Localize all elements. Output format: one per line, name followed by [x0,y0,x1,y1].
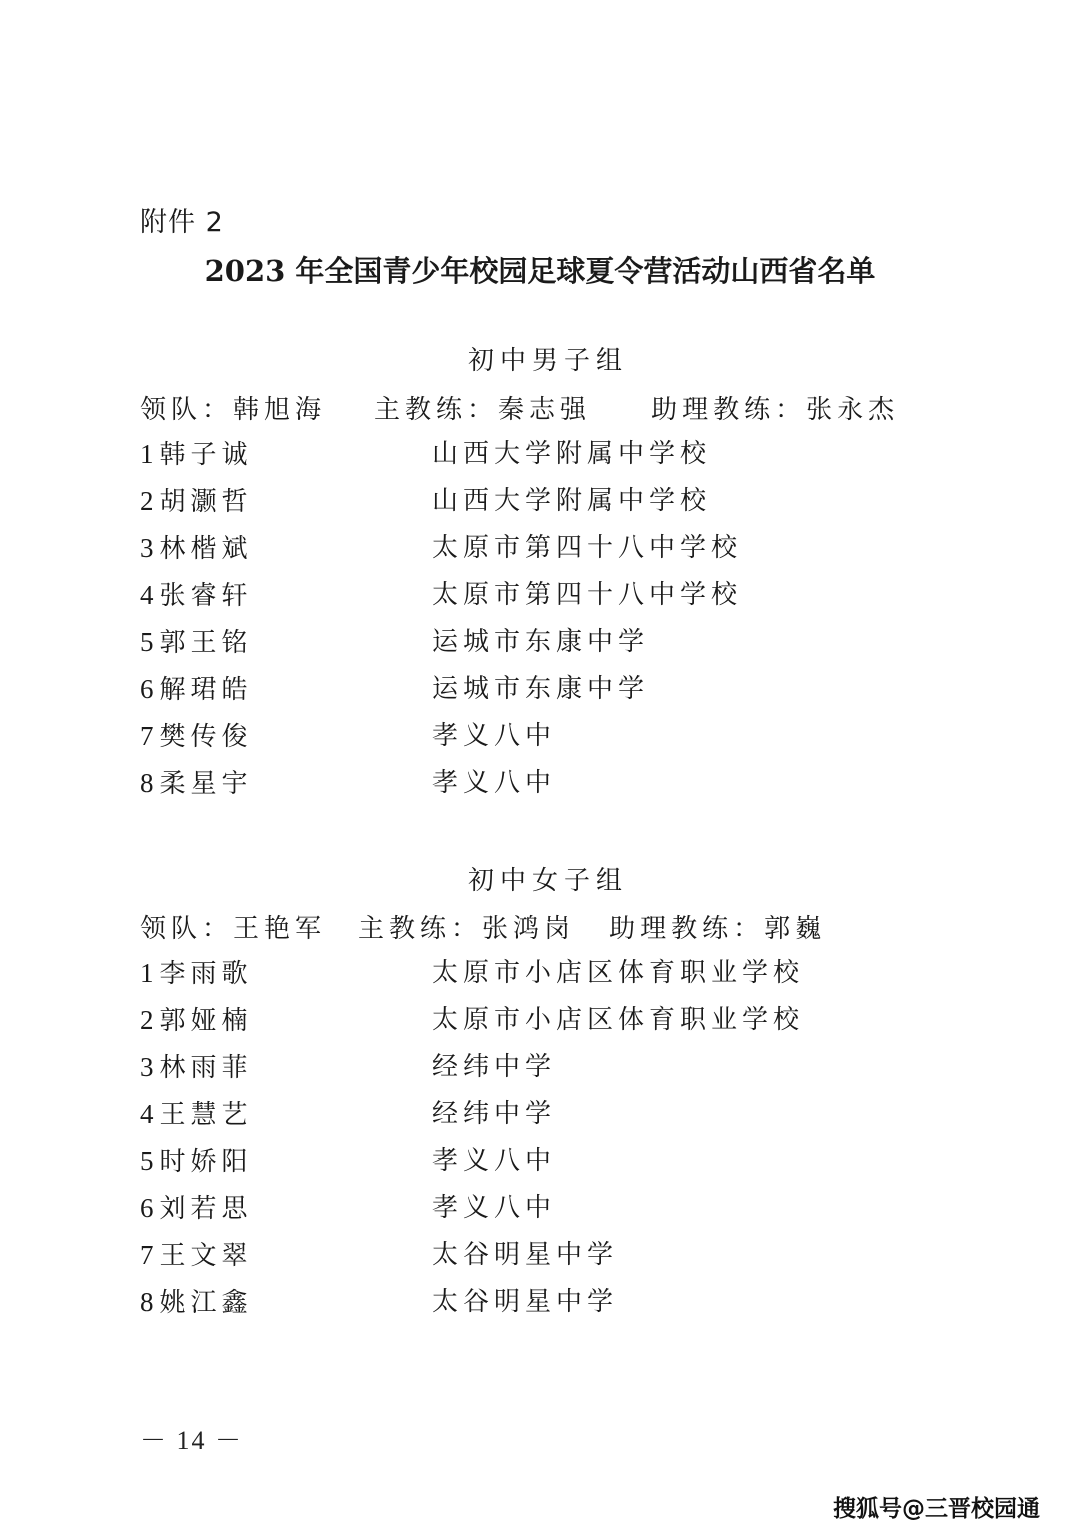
player-number: 4 [140,578,154,612]
player-school: 运城市东康中学 [432,625,649,659]
group-heading: 初中男子组 [0,340,1080,377]
leader: 领队：王艳军 [140,908,326,945]
player-row: 7王文翠 太谷明星中学 [140,1238,253,1272]
player-name: 王慧艺 [160,1098,253,1132]
player-row: 3林雨菲 经纬中学 [140,1050,253,1084]
player-school: 运城市东康中学 [432,672,649,706]
player-number: 6 [140,672,154,706]
player-row: 2郭娅楠 太原市小店区体育职业学校 [140,1003,253,1037]
head-coach-name: 张鸿岗 [482,908,575,945]
staff-line: 领队：韩旭海 主教练：秦志强 助理教练：张永杰 [140,389,899,426]
player-row: 5郭王铭 运城市东康中学 [140,625,253,659]
player-number: 1 [140,956,154,990]
head-coach: 主教练：张鸿岗 [358,908,575,945]
player-name: 郭王铭 [160,626,253,660]
player-number: 3 [140,1050,154,1084]
leader-name: 韩旭海 [233,389,326,426]
player-row: 6解珺皓 运城市东康中学 [140,672,253,706]
player-number: 4 [140,1097,154,1131]
player-school: 经纬中学 [432,1097,556,1131]
player-name: 刘若思 [160,1192,253,1226]
player-row: 4张睿轩 太原市第四十八中学校 [140,578,253,612]
player-number: 2 [140,1003,154,1037]
player-school: 太原市第四十八中学校 [432,531,742,565]
player-row: 1韩子诚 山西大学附属中学校 [140,437,253,471]
player-number: 6 [140,1191,154,1225]
player-number: 7 [140,719,154,753]
player-name: 姚江鑫 [160,1286,253,1320]
head-coach-label: 主教练： [358,908,482,945]
attachment-label: 附件 2 [140,200,224,239]
player-number: 8 [140,1285,154,1319]
player-name: 韩子诚 [160,438,253,472]
player-number: 7 [140,1238,154,1272]
player-number: 8 [140,766,154,800]
player-school: 孝义八中 [432,1144,556,1178]
player-school: 孝义八中 [432,766,556,800]
player-row: 2胡灏哲 山西大学附属中学校 [140,484,253,518]
group-heading: 初中女子组 [0,860,1080,897]
page-number: － 14 － [140,1420,243,1457]
player-number: 1 [140,437,154,471]
player-row: 3林楷斌 太原市第四十八中学校 [140,531,253,565]
player-name: 李雨歌 [160,957,253,991]
player-name: 解珺皓 [160,673,253,707]
assistant-coach-name: 张永杰 [806,389,899,426]
assistant-coach-label: 助理教练： [651,389,806,426]
player-name: 樊传俊 [160,720,253,754]
leader-label: 领队： [140,389,233,426]
player-row: 4王慧艺 经纬中学 [140,1097,253,1131]
assistant-coach: 助理教练：张永杰 [651,389,899,426]
leader: 领队：韩旭海 [140,389,326,426]
player-row: 8柔星宇 孝义八中 [140,766,253,800]
player-name: 时娇阳 [160,1145,253,1179]
assistant-coach: 助理教练：郭巍 [609,908,826,945]
player-school: 太原市第四十八中学校 [432,578,742,612]
player-name: 林雨菲 [160,1051,253,1085]
player-row: 5时娇阳 孝义八中 [140,1144,253,1178]
head-coach: 主教练：秦志强 [374,389,591,426]
player-row: 6刘若思 孝义八中 [140,1191,253,1225]
head-coach-name: 秦志强 [498,389,591,426]
player-school: 经纬中学 [432,1050,556,1084]
player-school: 山西大学附属中学校 [432,484,711,518]
player-school: 孝义八中 [432,1191,556,1225]
player-school: 太谷明星中学 [432,1238,618,1272]
player-school: 太原市小店区体育职业学校 [432,1003,804,1037]
document-title: 2023 年全国青少年校园足球夏令营活动山西省名单 [0,249,1080,290]
player-school: 孝义八中 [432,719,556,753]
player-school: 山西大学附属中学校 [432,437,711,471]
player-number: 2 [140,484,154,518]
player-name: 王文翠 [160,1239,253,1273]
leader-label: 领队： [140,908,233,945]
player-name: 林楷斌 [160,532,253,566]
leader-name: 王艳军 [233,908,326,945]
staff-line: 领队：王艳军 主教练：张鸿岗 助理教练：郭巍 [140,908,826,945]
watermark: 搜狐号@三晋校园通 [833,1490,1040,1523]
player-row: 8姚江鑫 太谷明星中学 [140,1285,253,1319]
assistant-coach-label: 助理教练： [609,908,764,945]
player-row: 7樊传俊 孝义八中 [140,719,253,753]
assistant-coach-name: 郭巍 [764,908,826,945]
player-name: 胡灏哲 [160,485,253,519]
player-number: 3 [140,531,154,565]
head-coach-label: 主教练： [374,389,498,426]
player-number: 5 [140,1144,154,1178]
player-row: 1李雨歌 太原市小店区体育职业学校 [140,956,253,990]
player-name: 柔星宇 [160,767,253,801]
player-school: 太原市小店区体育职业学校 [432,956,804,990]
player-school: 太谷明星中学 [432,1285,618,1319]
player-number: 5 [140,625,154,659]
player-name: 张睿轩 [160,579,253,613]
player-name: 郭娅楠 [160,1004,253,1038]
